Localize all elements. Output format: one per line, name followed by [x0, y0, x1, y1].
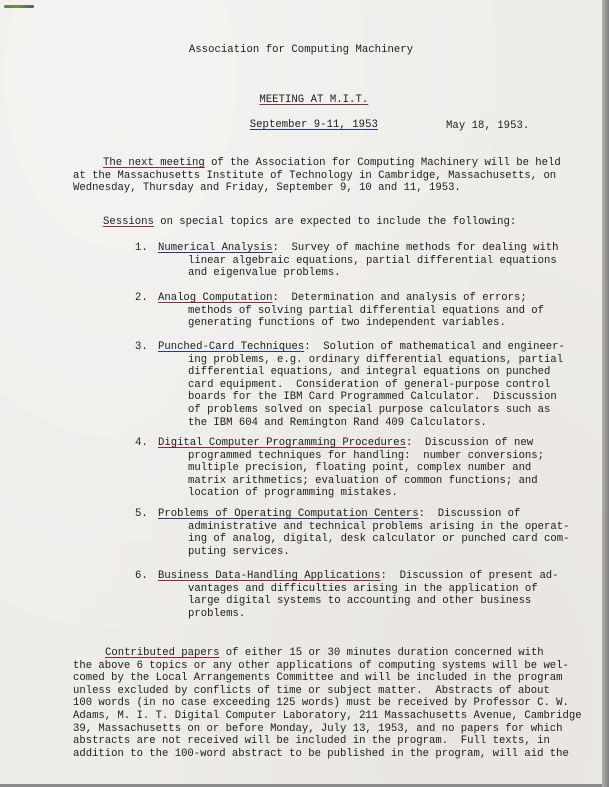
session-description: methods of solving partial differential … [188, 305, 544, 330]
session-number: 3. [135, 341, 148, 354]
session-title: Analog Computation [158, 292, 272, 304]
letter-date: May 18, 1953. [446, 120, 529, 133]
meeting-title: MEETING AT M.I.T. [259, 94, 368, 106]
intro-paragraph: The next meeting of the Association for … [73, 157, 561, 195]
session-number: 2. [135, 292, 148, 305]
sessions-lead: Sessions [103, 216, 154, 228]
contributed-lead: Contributed papers [105, 647, 219, 659]
session-title: Numerical Analysis [158, 242, 272, 254]
session-number: 6. [135, 570, 148, 583]
session-number: 1. [135, 242, 148, 255]
session-description: linear algebraic equations, partial diff… [188, 255, 557, 280]
intro-lead: The next meeting [103, 157, 205, 169]
session-title: Problems of Operating Computation Center… [158, 508, 419, 520]
session-title: Digital Computer Programming Procedures [158, 437, 406, 449]
page-edge [602, 0, 609, 787]
session-description: administrative and technical problems ar… [188, 521, 569, 559]
ink-mark [4, 5, 34, 8]
session-title: Punched-Card Techniques [158, 341, 304, 353]
document-page: Association for Computing Machinery MEET… [0, 0, 604, 784]
session-description: ing problems, e.g. ordinary differential… [188, 354, 563, 430]
organization-heading: Association for Computing Machinery [0, 44, 602, 57]
meeting-dates: September 9-11, 1953 [250, 119, 378, 131]
session-description: vantages and difficulties arising in the… [188, 583, 538, 621]
session-title: Business Data-Handling Applications [158, 570, 381, 582]
session-description: programmed techniques for handling: numb… [188, 450, 544, 500]
sessions-intro: Sessions on special topics are expected … [103, 216, 516, 229]
session-number: 4. [135, 437, 148, 450]
contributed-paragraph: Contributed papers of either 15 or 30 mi… [73, 647, 582, 760]
session-number: 5. [135, 508, 148, 521]
